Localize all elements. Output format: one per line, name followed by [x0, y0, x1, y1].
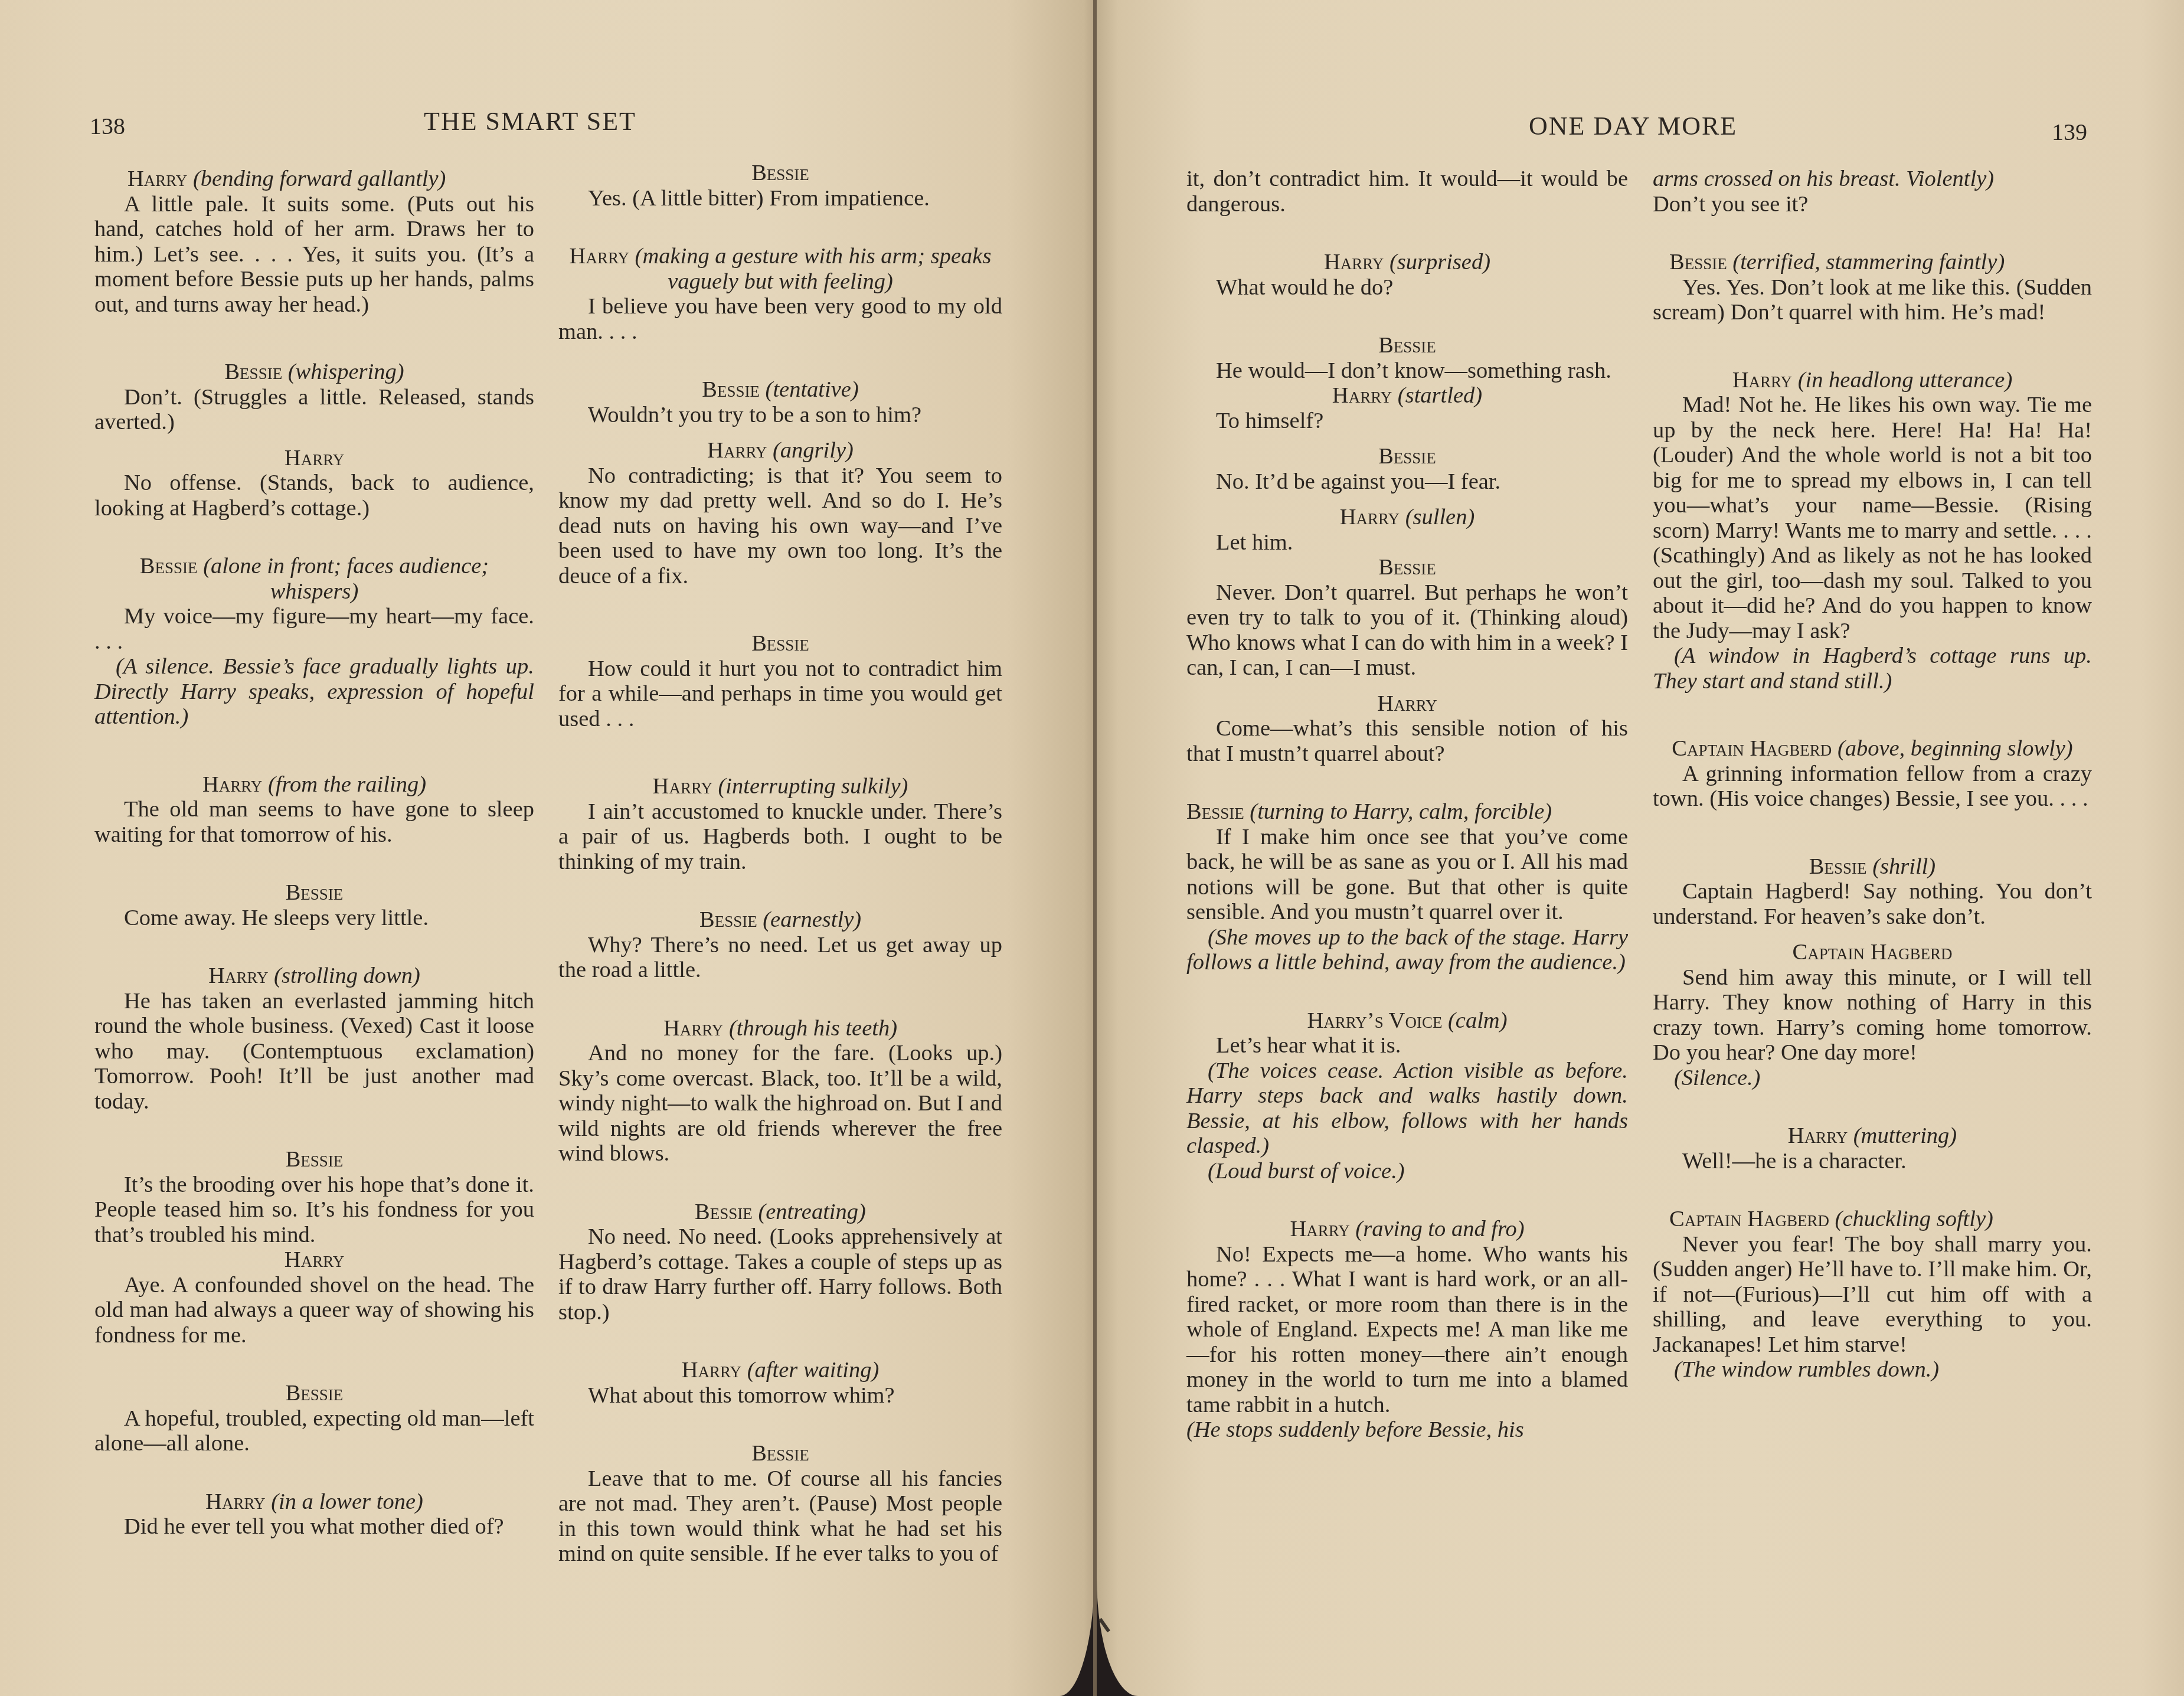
speaker-heading: Bessie (earnestly) [558, 907, 1002, 933]
page-number-left: 138 [90, 112, 125, 140]
speech-block: Bessie (whispering) Don’t. (Struggles a … [94, 360, 534, 435]
speech-block: Bessie A hopeful, troubled, expecting ol… [94, 1381, 534, 1456]
speaker-heading: Harry [94, 1247, 534, 1273]
speaker-heading: Bessie (alone in front; faces audience; … [94, 554, 534, 604]
running-head-right: ONE DAY MORE [1529, 111, 1737, 141]
speech-block: Bessie (earnestly) Why? There’s no need.… [558, 907, 1002, 983]
speech-block: Bessie (entreating) No need. No need. (L… [558, 1200, 1002, 1325]
text-column-1: Harry (bending forward gallantly) A litt… [94, 166, 534, 1540]
dialogue-text: No offense. (Stands, back to audience, l… [94, 470, 534, 521]
book-gutter [1093, 0, 1097, 1696]
speech-block: Harry (from the railing) The old man see… [94, 772, 534, 848]
speaker-heading: Harry (strolling down) [94, 963, 534, 989]
speaker-heading: Harry (making a gesture with his arm; sp… [558, 244, 1002, 294]
speaker-heading: Bessie [558, 631, 1002, 656]
stage-direction: (Silence.) [1653, 1066, 2092, 1091]
dialogue-text: Wouldn’t you try to be a son to him? [558, 403, 1002, 428]
speaker-heading: Harry (from the railing) [94, 772, 534, 798]
dialogue-text: I ain’t accustomed to knuckle under. The… [558, 799, 1002, 875]
speech-block: Harry (in a lower tone) Did he ever tell… [94, 1489, 534, 1540]
speech-block: Bessie No. It’d be against you—I fear. [1186, 444, 1628, 494]
speaker-heading: Bessie [94, 880, 534, 906]
speaker-heading: Bessie [558, 161, 1002, 186]
speaker-heading: Harry’s Voice (calm) [1186, 1008, 1628, 1034]
speaker-heading: Harry (through his teeth) [558, 1016, 1002, 1041]
speech-block: Bessie (tentative) Wouldn’t you try to b… [558, 377, 1002, 427]
speaker-heading: Harry (after waiting) [558, 1358, 1002, 1383]
dialogue-text: Never you fear! The boy shall marry you.… [1653, 1232, 2092, 1358]
speaker-heading: Captain Hagberd (above, beginning slowly… [1653, 736, 2092, 762]
speech-block: Harry (making a gesture with his arm; sp… [558, 244, 1002, 344]
speaker-heading: Harry (muttering) [1653, 1123, 2092, 1149]
stage-direction: arms crossed on his breast. Violently) [1653, 166, 2092, 192]
speech-block: arms crossed on his breast. Violently) D… [1653, 166, 2092, 217]
dialogue-text: I believe you have been very good to my … [558, 294, 1002, 344]
dialogue-text: How could it hurt you not to contradict … [558, 656, 1002, 732]
dialogue-text: Captain Hagberd! Say nothing. You don’t … [1653, 879, 2092, 929]
dialogue-text: And no money for the fare. (Looks up.) S… [558, 1041, 1002, 1166]
speech-block: Bessie Come away. He sleeps very little. [94, 880, 534, 930]
dialogue-text: He would—I don’t know—something rash. [1186, 358, 1628, 384]
dialogue-text: Yes. Yes. Don’t look at me like this. (S… [1653, 275, 2092, 325]
speaker-heading: Bessie (tentative) [558, 377, 1002, 403]
speech-block: Harry (surprised) What would he do? [1186, 250, 1628, 300]
dialogue-text: A little pale. It suits some. (Puts out … [94, 192, 534, 318]
text-column-4: arms crossed on his breast. Violently) D… [1653, 166, 2092, 1383]
speech-block: Bessie He would—I don’t know—something r… [1186, 333, 1628, 383]
page-number-right: 139 [2052, 118, 2087, 146]
speech-block: Bessie Never. Don’t quarrel. But perhaps… [1186, 555, 1628, 681]
dialogue-text: He has taken an everlasted jamming hitch… [94, 989, 534, 1115]
speech-block: it, don’t contradict him. It would—it wo… [1186, 166, 1628, 217]
running-head-left: THE SMART SET [424, 106, 636, 136]
speaker-heading: Bessie [94, 1147, 534, 1172]
speaker-heading: Harry (surprised) [1186, 250, 1628, 275]
speaker-heading: Harry (startled) [1186, 383, 1628, 409]
speech-block: Harry (after waiting) What about this to… [558, 1358, 1002, 1408]
speech-block: Bessie Yes. (A little bitter) From impat… [558, 161, 1002, 211]
speech-block: Harry (muttering) Well!—he is a characte… [1653, 1123, 2092, 1174]
dialogue-text: My voice—my figure—my heart—my face. . .… [94, 604, 534, 654]
dialogue-text: Why? There’s no need. Let us get away up… [558, 933, 1002, 983]
dialogue-text: Leave that to me. Of course all his fanc… [558, 1466, 1002, 1567]
dialogue-text: Aye. A confounded shovel on the head. Th… [94, 1273, 534, 1348]
speech-block: Harry (sullen) Let him. [1186, 505, 1628, 555]
dialogue-text: Come—what’s this sensible notion of his … [1186, 716, 1628, 766]
speaker-heading: Bessie [1186, 333, 1628, 358]
stage-direction: (A silence. Bessie’s face gradually ligh… [94, 654, 534, 730]
dialogue-text: Yes. (A little bitter) From impatience. [558, 186, 1002, 211]
speech-block: Captain Hagberd (above, beginning slowly… [1653, 736, 2092, 812]
speaker-heading: Bessie [1186, 555, 1628, 580]
dialogue-text: The old man seems to have gone to sleep … [94, 797, 534, 847]
dialogue-text: Never. Don’t quarrel. But perhaps he won… [1186, 580, 1628, 681]
dialogue-text: Send him away this minute, or I will tel… [1653, 965, 2092, 1066]
speech-block: Harry No offense. (Stands, back to audie… [94, 446, 534, 521]
speaker-heading: Harry (interrupting sulkily) [558, 774, 1002, 799]
dialogue-text: What about this tomorrow whim? [558, 1383, 1002, 1409]
speech-block: Bessie (turning to Harry, calm, forcible… [1186, 799, 1628, 975]
speech-block: Bessie (alone in front; faces audience; … [94, 554, 534, 730]
dialogue-text: Did he ever tell you what mother died of… [94, 1514, 534, 1540]
dialogue-text: Well!—he is a character. [1653, 1149, 2092, 1174]
speaker-heading: Captain Hagberd (chuckling softly) [1653, 1207, 2092, 1232]
speaker-heading: Harry (angrily) [558, 438, 1002, 463]
dialogue-text: No contradicting; is that it? You seem t… [558, 463, 1002, 589]
speech-block: Bessie Leave that to me. Of course all h… [558, 1441, 1002, 1567]
dialogue-text: Don’t you see it? [1653, 192, 2092, 217]
stage-direction: (The window rumbles down.) [1653, 1357, 2092, 1383]
speech-block: Captain Hagberd Send him away this minut… [1653, 940, 2092, 1090]
dialogue-text: Let him. [1186, 530, 1628, 555]
dialogue-text: To himself? [1186, 409, 1628, 434]
speech-block: Harry (strolling down) He has taken an e… [94, 963, 534, 1114]
stage-direction: (The voices cease. Action visible as bef… [1186, 1058, 1628, 1159]
speech-block: Harry Aye. A confounded shovel on the he… [94, 1247, 534, 1348]
speech-block: Harry (through his teeth) And no money f… [558, 1016, 1002, 1166]
speech-block: Harry (angrily) No contradicting; is tha… [558, 438, 1002, 589]
stage-direction: (She moves up to the back of the stage. … [1186, 925, 1628, 975]
stage-direction: (He stops suddenly before Bessie, his [1186, 1417, 1628, 1443]
speaker-heading: Bessie [94, 1381, 534, 1406]
dialogue-text: A grinning information fellow from a cra… [1653, 762, 2092, 812]
speech-block: Harry’s Voice (calm) Let’s hear what it … [1186, 1008, 1628, 1184]
speech-block: Bessie (shrill) Captain Hagberd! Say not… [1653, 854, 2092, 930]
speaker-heading: Bessie (shrill) [1653, 854, 2092, 880]
dialogue-text: It’s the brooding over his hope that’s d… [94, 1172, 534, 1248]
speaker-heading: Harry [1186, 691, 1628, 717]
stage-direction: (Loud burst of voice.) [1186, 1159, 1628, 1184]
speaker-heading: Harry (bending forward gallantly) [94, 166, 534, 192]
speaker-heading: Bessie (whispering) [94, 360, 534, 385]
dialogue-text: Come away. He sleeps very little. [94, 906, 534, 931]
dialogue-text: No. It’d be against you—I fear. [1186, 469, 1628, 495]
speech-block: Captain Hagberd (chuckling softly) Never… [1653, 1207, 2092, 1383]
dialogue-text: it, don’t contradict him. It would—it wo… [1186, 166, 1628, 217]
dialogue-text: If I make him once see that you’ve come … [1186, 825, 1628, 925]
speech-block: Harry (in headlong utterance) Mad! Not h… [1653, 368, 2092, 694]
speaker-heading: Bessie (terrified, stammering faintly) [1653, 250, 2092, 275]
dialogue-text: No! Expects me—a home. Who wants his hom… [1186, 1242, 1628, 1418]
speech-block: Bessie It’s the brooding over his hope t… [94, 1147, 534, 1247]
text-column-3: it, don’t contradict him. It would—it wo… [1186, 166, 1628, 1443]
speech-block: Bessie (terrified, stammering faintly) Y… [1653, 250, 2092, 325]
speaker-heading: Harry (in headlong utterance) [1653, 368, 2092, 393]
speaker-heading: Harry (in a lower tone) [94, 1489, 534, 1515]
dialogue-text: Mad! Not he. He likes his own way. Tie m… [1653, 393, 2092, 643]
dialogue-text: What would he do? [1186, 275, 1628, 300]
speech-block: Bessie How could it hurt you not to cont… [558, 631, 1002, 731]
speaker-heading: Captain Hagberd [1653, 940, 2092, 965]
speech-block: Harry (bending forward gallantly) A litt… [94, 166, 534, 317]
speech-block: Harry (raving to and fro) No! Expects me… [1186, 1217, 1628, 1443]
speech-block: Harry (startled) To himself? [1186, 383, 1628, 433]
speaker-heading: Harry (sullen) [1186, 505, 1628, 530]
speaker-heading: Harry (raving to and fro) [1186, 1217, 1628, 1242]
speaker-heading: Bessie [1186, 444, 1628, 469]
speech-block: Harry Come—what’s this sensible notion o… [1186, 691, 1628, 767]
speaker-heading: Bessie (turning to Harry, calm, forcible… [1186, 799, 1628, 825]
dialogue-text: Let’s hear what it is. [1186, 1033, 1628, 1058]
dialogue-text: A hopeful, troubled, expecting old man—l… [94, 1406, 534, 1456]
speaker-heading: Bessie (entreating) [558, 1200, 1002, 1225]
speech-block: Harry (interrupting sulkily) I ain’t acc… [558, 774, 1002, 874]
dialogue-text: No need. No need. (Looks apprehensively … [558, 1224, 1002, 1325]
dialogue-text: Don’t. (Struggles a little. Released, st… [94, 385, 534, 435]
speaker-heading: Harry [94, 446, 534, 471]
text-column-2: Bessie Yes. (A little bitter) From impat… [558, 161, 1002, 1567]
stage-direction: (A window in Hagberd’s cottage runs up. … [1653, 643, 2092, 694]
speaker-heading: Bessie [558, 1441, 1002, 1466]
